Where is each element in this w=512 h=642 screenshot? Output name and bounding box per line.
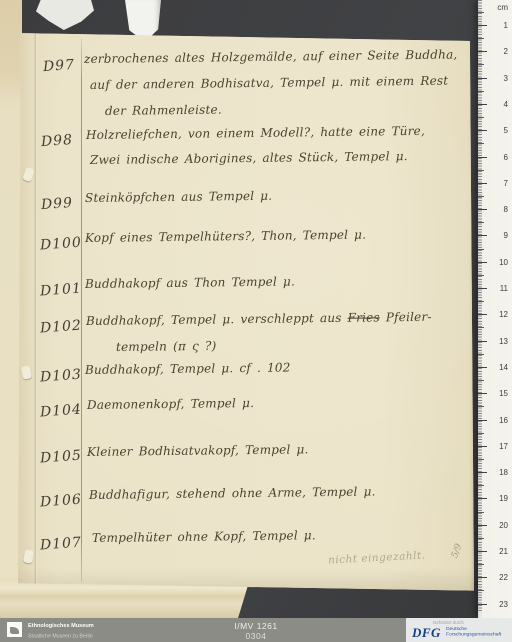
corner-page-mark: 5/9 xyxy=(450,542,464,559)
entry-text-line: Daemonenkopf, Tempel μ. xyxy=(87,397,254,412)
entry-id: D105 xyxy=(39,448,82,467)
torn-paper-fragment xyxy=(36,0,94,30)
ruler-cm-tick xyxy=(478,262,487,263)
ruler-cm-tick xyxy=(478,551,487,552)
entry-id: D98 xyxy=(40,132,73,150)
ruler-half-tick xyxy=(478,485,484,486)
ruler-cm-tick xyxy=(478,446,487,447)
entry-text-line: zerbrochenes altes Holzgemälde, auf eine… xyxy=(84,48,458,66)
dfg-logo: DFG xyxy=(412,625,441,641)
binding-stitch xyxy=(21,365,33,380)
ruler-cm-tick xyxy=(478,130,487,131)
binding-stitch xyxy=(22,167,35,182)
ruler-number: 9 xyxy=(504,231,508,240)
entry-id: D103 xyxy=(39,367,82,386)
ruler-number: 19 xyxy=(499,494,508,503)
entry-id: D97 xyxy=(42,57,75,75)
dfg-full-name: Deutsche Forschungsgemeinschaft xyxy=(446,626,501,637)
entry-text-line: Buddhakopf aus Thon Tempel μ. xyxy=(85,275,295,291)
ruler-number: 16 xyxy=(499,416,508,425)
ruler-half-tick xyxy=(478,512,484,513)
ruler-number: 1 xyxy=(504,21,508,30)
scan-viewer: D97zerbrochenes altes Holzgemälde, auf e… xyxy=(0,0,512,642)
ruler-half-tick xyxy=(478,222,484,223)
ruler-cm-tick xyxy=(478,209,487,210)
ruler-cm-tick xyxy=(478,314,487,315)
ruler-cm-tick xyxy=(478,341,487,342)
ruler-cm-tick xyxy=(478,367,487,368)
entry-text-line: Buddhakopf, Tempel μ. cf . 102 xyxy=(85,361,291,377)
ruler-number: 8 xyxy=(504,205,508,214)
entry-id: D100 xyxy=(39,235,82,254)
ruler-half-tick xyxy=(478,459,484,460)
ruler-cm-tick xyxy=(478,525,487,526)
ruler-number: 14 xyxy=(499,363,508,372)
inventory-number: I/MV 1261 xyxy=(234,621,277,631)
ruler-number: 15 xyxy=(499,389,508,398)
pencil-annotation: nicht eingezahlt. xyxy=(328,549,426,566)
ruler-unit-label: cm xyxy=(497,3,508,12)
ruler-half-tick xyxy=(478,538,484,539)
ruler-mm-ticks xyxy=(478,0,482,612)
ruler-cm-tick xyxy=(478,51,487,52)
ruler-half-tick xyxy=(478,564,484,565)
ruler-half-tick xyxy=(478,380,484,381)
scan-page-number: 0304 xyxy=(234,631,277,641)
ruler-cm-tick xyxy=(478,472,487,473)
ruler-number: 3 xyxy=(504,74,508,83)
ruler-cm-tick xyxy=(478,604,487,605)
footer-funding-strip: Gefördert durch DFG Deutsche Forschungsg… xyxy=(406,618,512,642)
ruler-cm-tick xyxy=(478,288,487,289)
ruler-cm-tick xyxy=(478,577,487,578)
ruler-number: 6 xyxy=(504,153,508,162)
ruler-half-tick xyxy=(478,354,484,355)
entry-id: D102 xyxy=(39,318,82,337)
entry-text-line: Kopf eines Tempelhüters?, Thon, Tempel μ… xyxy=(85,229,366,246)
entry-text-line: Steinköpfchen aus Tempel μ. xyxy=(85,190,272,205)
ruler-cm-tick xyxy=(478,104,487,105)
ruler-number: 18 xyxy=(499,468,508,477)
ruler-number: 5 xyxy=(504,126,508,135)
footer-institution-strip: Ethnologisches Museum Staatliche Museen … xyxy=(0,618,406,642)
entry-text-line: Zwei indische Aborigines, altes Stück, T… xyxy=(90,150,408,167)
ruler-half-tick xyxy=(478,590,484,591)
ruler-cm-tick xyxy=(478,393,487,394)
footer-bar: Ethnologisches Museum Staatliche Museen … xyxy=(0,618,512,642)
entry-id: D104 xyxy=(39,402,82,421)
ruler-cm-tick xyxy=(478,183,487,184)
ruler-half-tick xyxy=(478,275,484,276)
ruler-number: 12 xyxy=(499,310,508,319)
institution-name: Ethnologisches Museum xyxy=(28,622,97,629)
entry-text-line: Tempelhüter ohne Kopf, Tempel μ. xyxy=(92,529,316,545)
ruler-number: 10 xyxy=(499,258,508,267)
ruler-cm-tick xyxy=(478,25,487,26)
ruler-number: 21 xyxy=(499,547,508,556)
ruler-half-tick xyxy=(478,64,484,65)
ruler-half-tick xyxy=(478,12,484,13)
ruler-number: 17 xyxy=(499,442,508,451)
ruler-cm-tick xyxy=(478,78,487,79)
ruler: cm 1234567891011121314151617181920212223 xyxy=(478,0,512,618)
entry-id: D106 xyxy=(39,492,82,511)
ruler-half-tick xyxy=(478,327,484,328)
entry-text-line: der Rahmenleiste. xyxy=(105,104,222,119)
ruler-number: 4 xyxy=(504,100,508,109)
ruler-number: 13 xyxy=(499,337,508,346)
entry-text-line: Buddhakopf, Tempel μ. verschleppt aus Fr… xyxy=(86,311,432,328)
ruler-half-tick xyxy=(478,196,484,197)
entry-text-line: Holzreliefchen, von einem Modell?, hatte… xyxy=(86,125,425,142)
ruler-cm-tick xyxy=(478,235,487,236)
institution-subtitle: Staatliche Museen zu Berlin xyxy=(28,633,93,640)
ruler-number: 11 xyxy=(500,284,508,293)
ruler-number: 23 xyxy=(499,600,508,609)
ruler-half-tick xyxy=(478,433,484,434)
binding-stitch xyxy=(23,549,34,563)
ruler-half-tick xyxy=(478,143,484,144)
entry-text-line: Buddhafigur, stehend ohne Arme, Tempel μ… xyxy=(89,485,376,502)
ruler-half-tick xyxy=(478,117,484,118)
entry-id: D99 xyxy=(40,195,73,213)
ruler-half-tick xyxy=(478,301,484,302)
entry-text-line: tempeln (π ς ?) xyxy=(116,340,217,354)
entry-text-line: Kleiner Bodhisatvakopf, Tempel μ. xyxy=(87,443,309,459)
ruler-half-tick xyxy=(478,38,484,39)
ruler-number: 2 xyxy=(504,47,508,56)
entry-id: D101 xyxy=(39,281,82,300)
museum-logo-glyph xyxy=(10,627,19,634)
binding-crease xyxy=(34,28,38,594)
ruler-cm-tick xyxy=(478,420,487,421)
ruler-half-tick xyxy=(478,406,484,407)
ruler-cm-tick xyxy=(478,157,487,158)
ruler-half-tick xyxy=(478,249,484,250)
ruler-half-tick xyxy=(478,170,484,171)
scan-identifier: I/MV 1261 0304 xyxy=(234,621,277,641)
entry-text-line: auf der anderen Bodhisatva, Tempel μ. mi… xyxy=(90,75,448,93)
ruler-number: 7 xyxy=(504,179,508,188)
ruler-number: 22 xyxy=(499,573,508,582)
ruler-cm-tick xyxy=(478,498,487,499)
museum-logo xyxy=(7,622,22,637)
entry-id: D107 xyxy=(39,535,82,554)
ruler-half-tick xyxy=(478,91,484,92)
ruler-number: 20 xyxy=(499,521,508,530)
manuscript-page: D97zerbrochenes altes Holzgemälde, auf e… xyxy=(18,28,474,594)
